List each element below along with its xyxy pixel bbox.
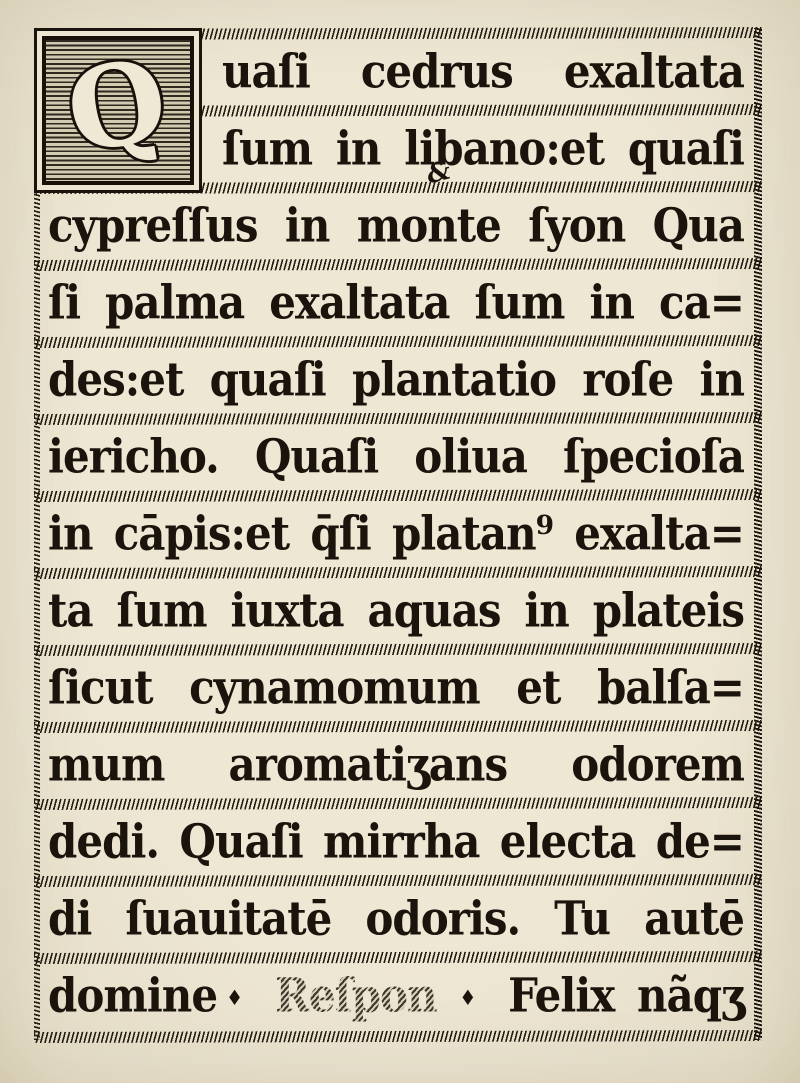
right-border-rule bbox=[754, 28, 762, 1040]
text-line-11: dedi. Quaſi mirrha electa de= bbox=[34, 805, 762, 879]
text-line-8: ta ſum iuxta aquas in plateis bbox=[34, 574, 762, 648]
text-line-12: di ſuauitatē odoris. Tu autē bbox=[34, 882, 762, 956]
initial-letter-q: Q bbox=[60, 43, 176, 170]
diamond-point: ♦ bbox=[217, 986, 252, 1011]
diamond-point: ♦ bbox=[459, 986, 485, 1011]
text-line-4: ſi palma exaltata ſum in ca= bbox=[34, 266, 762, 340]
text-line-10: mum aromatiʒans odorem bbox=[34, 728, 762, 802]
text-line-9: ſicut cynamomum et balſa= bbox=[34, 651, 762, 725]
text-line-13-post: Felix nãqʒ bbox=[508, 968, 744, 1023]
text-line-6: iericho. Quaſi oliua ſpecioſa bbox=[34, 420, 762, 494]
text-line-7: in cāpis:et q̄ſi platan⁹ exalta= bbox=[34, 497, 762, 571]
text-line-13: domine♦ Reſpon ♦ Felix nãqʒ bbox=[34, 959, 762, 1035]
text-line-3: cypreſſus in monte ſyon Qua bbox=[34, 189, 762, 263]
initial-woodcut-panel: Q bbox=[42, 36, 194, 185]
decorated-initial-block: Q bbox=[34, 28, 202, 193]
text-line-5: des:et quaſi plantatio roſe in bbox=[34, 343, 762, 417]
rubric-respon: Reſpon bbox=[275, 968, 437, 1023]
text-line-13-pre: domine bbox=[48, 968, 217, 1023]
text-block-content: uaſi cedrus exaltata ſum in libano:et qu… bbox=[34, 28, 762, 1040]
facsimile-page: uaſi cedrus exaltata ſum in libano:et qu… bbox=[0, 0, 800, 1083]
text-block: uaſi cedrus exaltata ſum in libano:et qu… bbox=[34, 28, 762, 1040]
line-rule bbox=[34, 1030, 762, 1043]
